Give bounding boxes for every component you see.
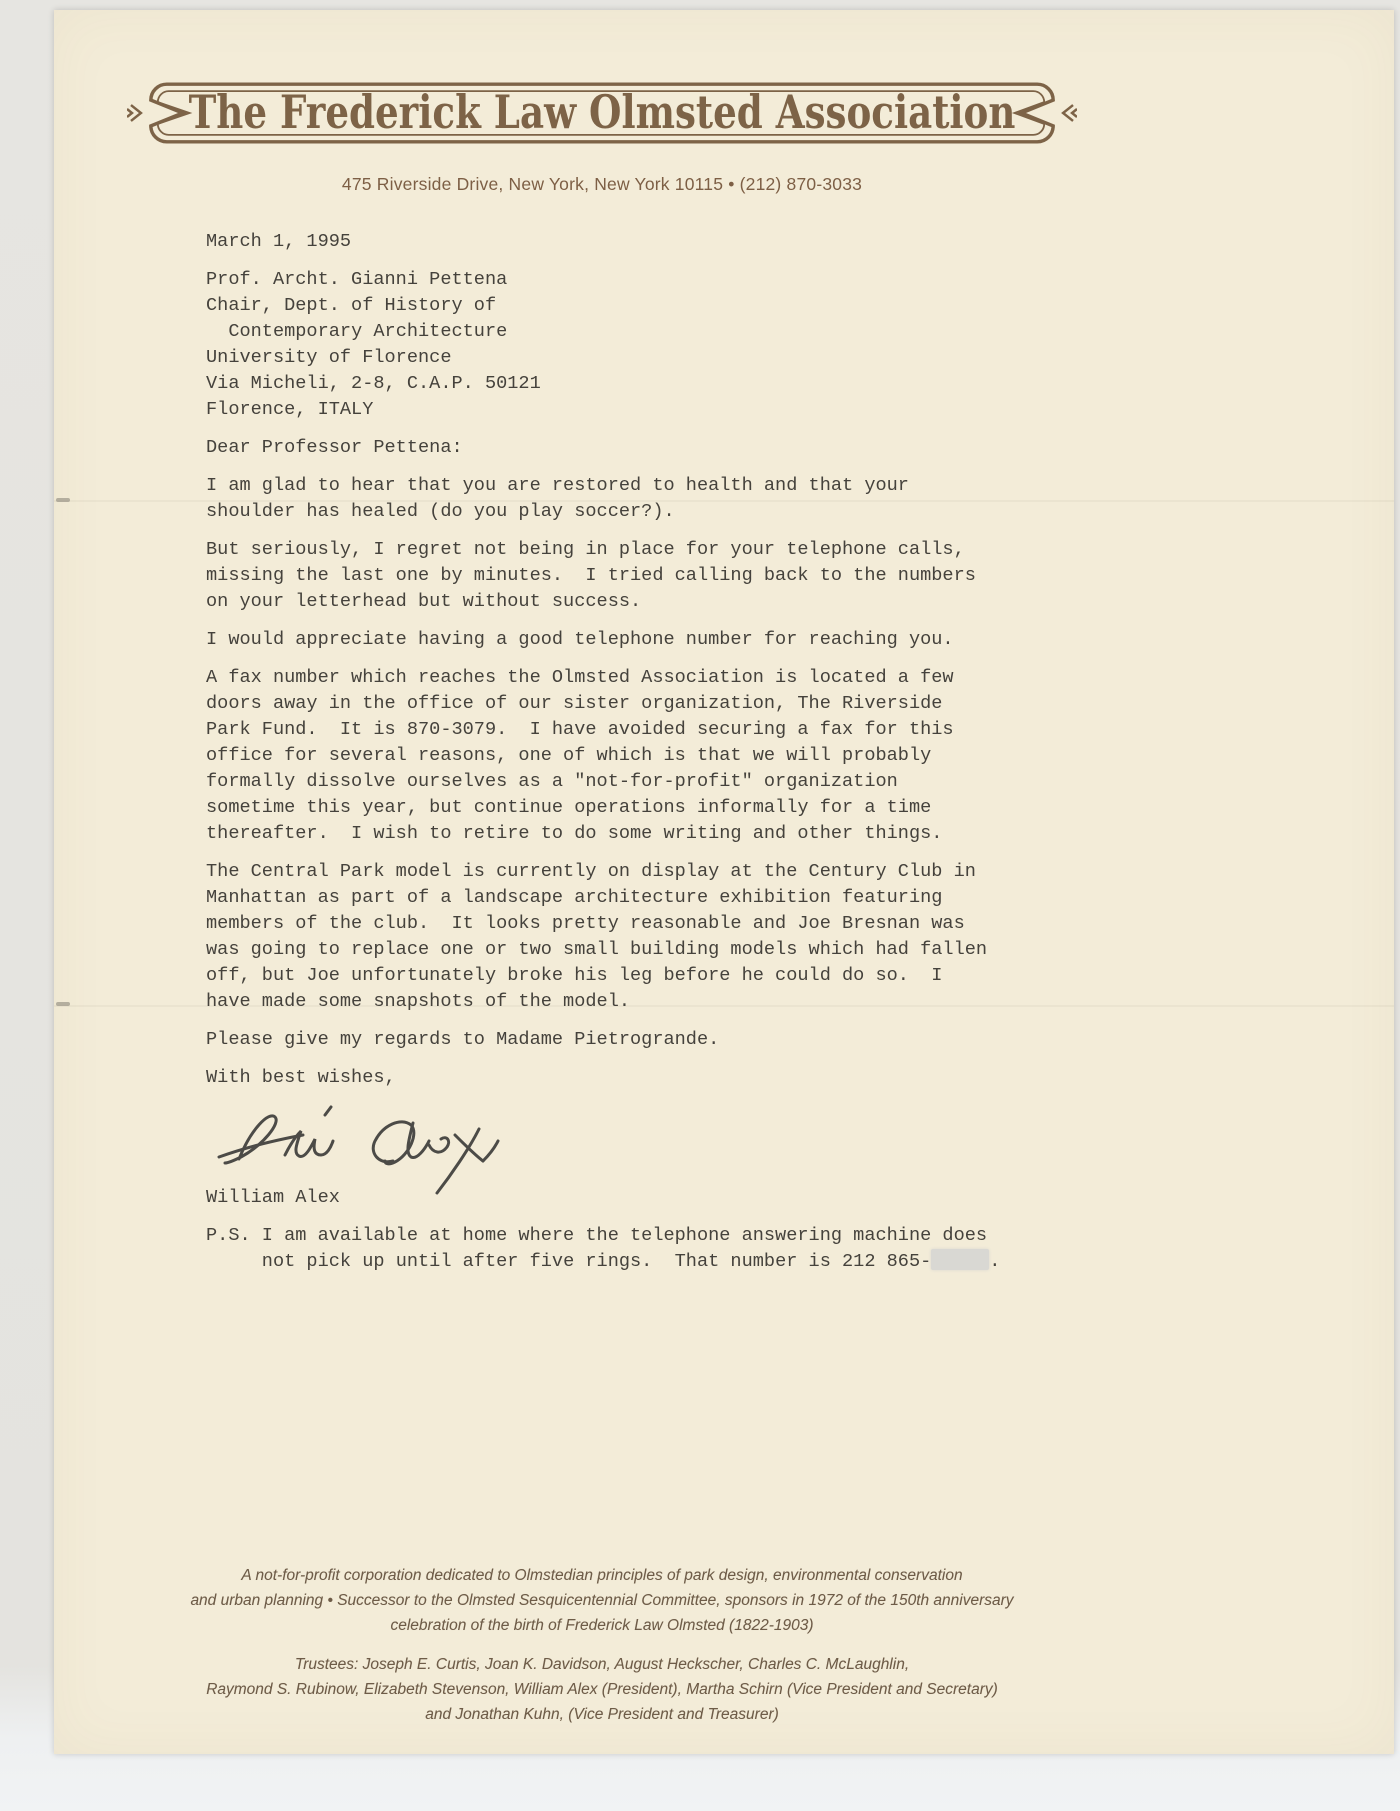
handwritten-signature	[217, 1101, 1077, 1193]
fold-mark	[56, 1002, 70, 1006]
paragraph-2: But seriously, I regret not being in pla…	[206, 537, 1077, 615]
redacted-phone-number	[931, 1249, 989, 1270]
paragraph-6: Please give my regards to Madame Pietrog…	[206, 1027, 1077, 1053]
letter-date: March 1, 1995	[206, 229, 1077, 255]
paragraph-5: The Central Park model is currently on d…	[206, 859, 1077, 1015]
closing: With best wishes,	[206, 1065, 1077, 1091]
paragraph-4: A fax number which reaches the Olmsted A…	[206, 665, 1077, 847]
paragraph-1: I am glad to hear that you are restored …	[206, 473, 1077, 525]
letter-paper: The Frederick Law Olmsted Association 47…	[54, 10, 1394, 1754]
banner-left-ornament-icon	[127, 105, 141, 121]
letterhead-banner: The Frederick Law Olmsted Association	[127, 76, 1077, 150]
footer-trustees-list: Trustees: Joseph E. Curtis, Joan K. Davi…	[127, 1652, 1077, 1727]
recipient-address: Prof. Archt. Gianni Pettena Chair, Dept.…	[206, 267, 1077, 423]
postscript: P.S. I am available at home where the te…	[206, 1223, 1077, 1275]
paragraph-3: I would appreciate having a good telepho…	[206, 627, 1077, 653]
postscript-period: .	[989, 1251, 1000, 1272]
footer-mission-statement: A not-for-profit corporation dedicated t…	[127, 1563, 1077, 1638]
fold-mark	[56, 498, 70, 502]
banner-right-ornament-icon	[1063, 105, 1077, 121]
salutation: Dear Professor Pettena:	[206, 435, 1077, 461]
postscript-text: P.S. I am available at home where the te…	[206, 1225, 987, 1272]
letterhead-address: 475 Riverside Drive, New York, New York …	[127, 174, 1077, 195]
org-name: The Frederick Law Olmsted Association	[189, 85, 1016, 139]
